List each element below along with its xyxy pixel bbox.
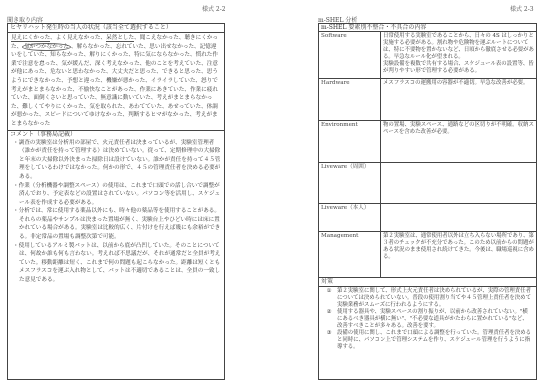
shel-text: 日常使用する実験室であることから、日々の 4S はしっかりと実施する必要がある。… bbox=[381, 32, 536, 79]
comment-item: ・使用しているアルミ製バットは、以前から底が凸凹していた。そのことについては、何… bbox=[11, 242, 221, 285]
measure-text: 第２実験室に関して、形式上火元責任者は決められているが、実際の管理責任者について… bbox=[337, 288, 532, 309]
shel-label: Environment bbox=[319, 121, 381, 163]
situation-header: ヒヤリハット発生時の当人の状況（該当全て選択すること） bbox=[8, 24, 224, 33]
form-number-right: 様式 2-3 bbox=[510, 4, 534, 13]
measure-text: 使用する器具や、実験スペースの割り振りが、以前から改善されていない。"横にあるべ… bbox=[337, 309, 532, 330]
shel-text: 物の置場、実験スペース、通路などの区切りが不明確。収納スペースを含めた改善が必要… bbox=[381, 121, 536, 163]
measure-number: ① bbox=[321, 288, 337, 309]
comment-header: コメント（事務局記載） bbox=[8, 131, 224, 139]
measure-number: ③ bbox=[321, 330, 337, 351]
measure-item: ③ 設備の使用に関し、これまで口頭による調整を行っていた。管理責任者を決めると同… bbox=[321, 330, 532, 351]
shel-row-liveware-surrounding: Liveware（周囲） bbox=[319, 162, 536, 204]
comment-list: ・調査の実験室は分析用の部屋で、火元責任者は決まっているが、実験室管理者（誰かが… bbox=[8, 139, 224, 285]
comment-item: ・作業（分析機器や調整スペース）の使用は、これまで口頭での話し合いで調整が済んで… bbox=[11, 182, 221, 208]
comment-item: ・分析では、常に使用する薬品以外にも、時々他の薬品等を使用することがある。それら… bbox=[11, 207, 221, 241]
shel-row-software: Software 日常使用する実験室であることから、日々の 4S はしっかりと実… bbox=[319, 31, 536, 79]
mshel-table: m-SHEL 要素別不整合・不具合の内容 Software 日常使用する実験室で… bbox=[318, 23, 537, 380]
form-number-left: 様式 2-2 bbox=[202, 4, 226, 13]
shel-row-management: Management 第２実験室は、通常使用者以外は立ち入らない場所であり、第３… bbox=[319, 231, 536, 278]
measures-section: 対策 ① 第２実験室に関して、形式上火元責任者は決められているが、実際の管理責任… bbox=[319, 277, 536, 379]
measures-list: ① 第２実験室に関して、形式上火元責任者は決められているが、実際の管理責任者につ… bbox=[319, 287, 536, 351]
comment-item: ・調査の実験室は分析用の部屋で、火元責任者は決まっているが、実験室管理者（誰かが… bbox=[11, 139, 221, 182]
shel-label: Liveware（周囲） bbox=[319, 163, 381, 204]
option-text: 、解らなかった、忘れていた、思い出せなかった、記憶違いをしていた、知らなかった、… bbox=[11, 44, 218, 127]
shel-text bbox=[381, 163, 536, 204]
shel-row-environment: Environment 物の置場、実験スペース、通路などの区切りが不明確。収納ス… bbox=[319, 120, 536, 163]
measure-text: 設備の使用に関し、これまで口頭による調整を行っていた。管理責任者を決めると同時に… bbox=[337, 330, 532, 351]
shel-text: メスフラスコの運搬用の容器が不適切。早急な改善が必要。 bbox=[381, 79, 536, 121]
measures-header: 対策 bbox=[319, 278, 536, 287]
shel-label: Management bbox=[319, 232, 381, 278]
shel-label: Software bbox=[319, 32, 381, 79]
measure-item: ② 使用する器具や、実験スペースの割り振りが、以前から改善されていない。"横にあ… bbox=[321, 309, 532, 330]
option-text: 、よく見えなかった、 bbox=[50, 35, 106, 41]
marked-option: 見えにくかった bbox=[11, 35, 50, 42]
measure-number: ② bbox=[321, 309, 337, 330]
shel-text bbox=[381, 204, 536, 232]
hearing-content-box: ヒヤリハット発生時の当人の状況（該当全て選択すること） 見えにくかった、よく見え… bbox=[7, 23, 225, 380]
shel-text: 第２実験室は、通常使用者以外は立ち入らない場所であり、第３者のチェックが不充分で… bbox=[381, 232, 536, 278]
shel-row-liveware-self: Liveware（本人） bbox=[319, 203, 536, 232]
circled-option: 気がつかなかった bbox=[22, 43, 71, 51]
marked-option: 呆然とした bbox=[106, 35, 134, 42]
shel-row-hardware: Hardware メスフラスコの運搬用の容器が不適切。早急な改善が必要。 bbox=[319, 78, 536, 121]
shel-label: Liveware（本人） bbox=[319, 204, 381, 232]
measure-item: ① 第２実験室に関して、形式上火元責任者は決められているが、実際の管理責任者につ… bbox=[321, 288, 532, 309]
situation-text: 見えにくかった、よく見えなかった、呆然とした、聞こえなかった、聴きにくかった、気… bbox=[8, 33, 224, 131]
shel-label: Hardware bbox=[319, 79, 381, 121]
